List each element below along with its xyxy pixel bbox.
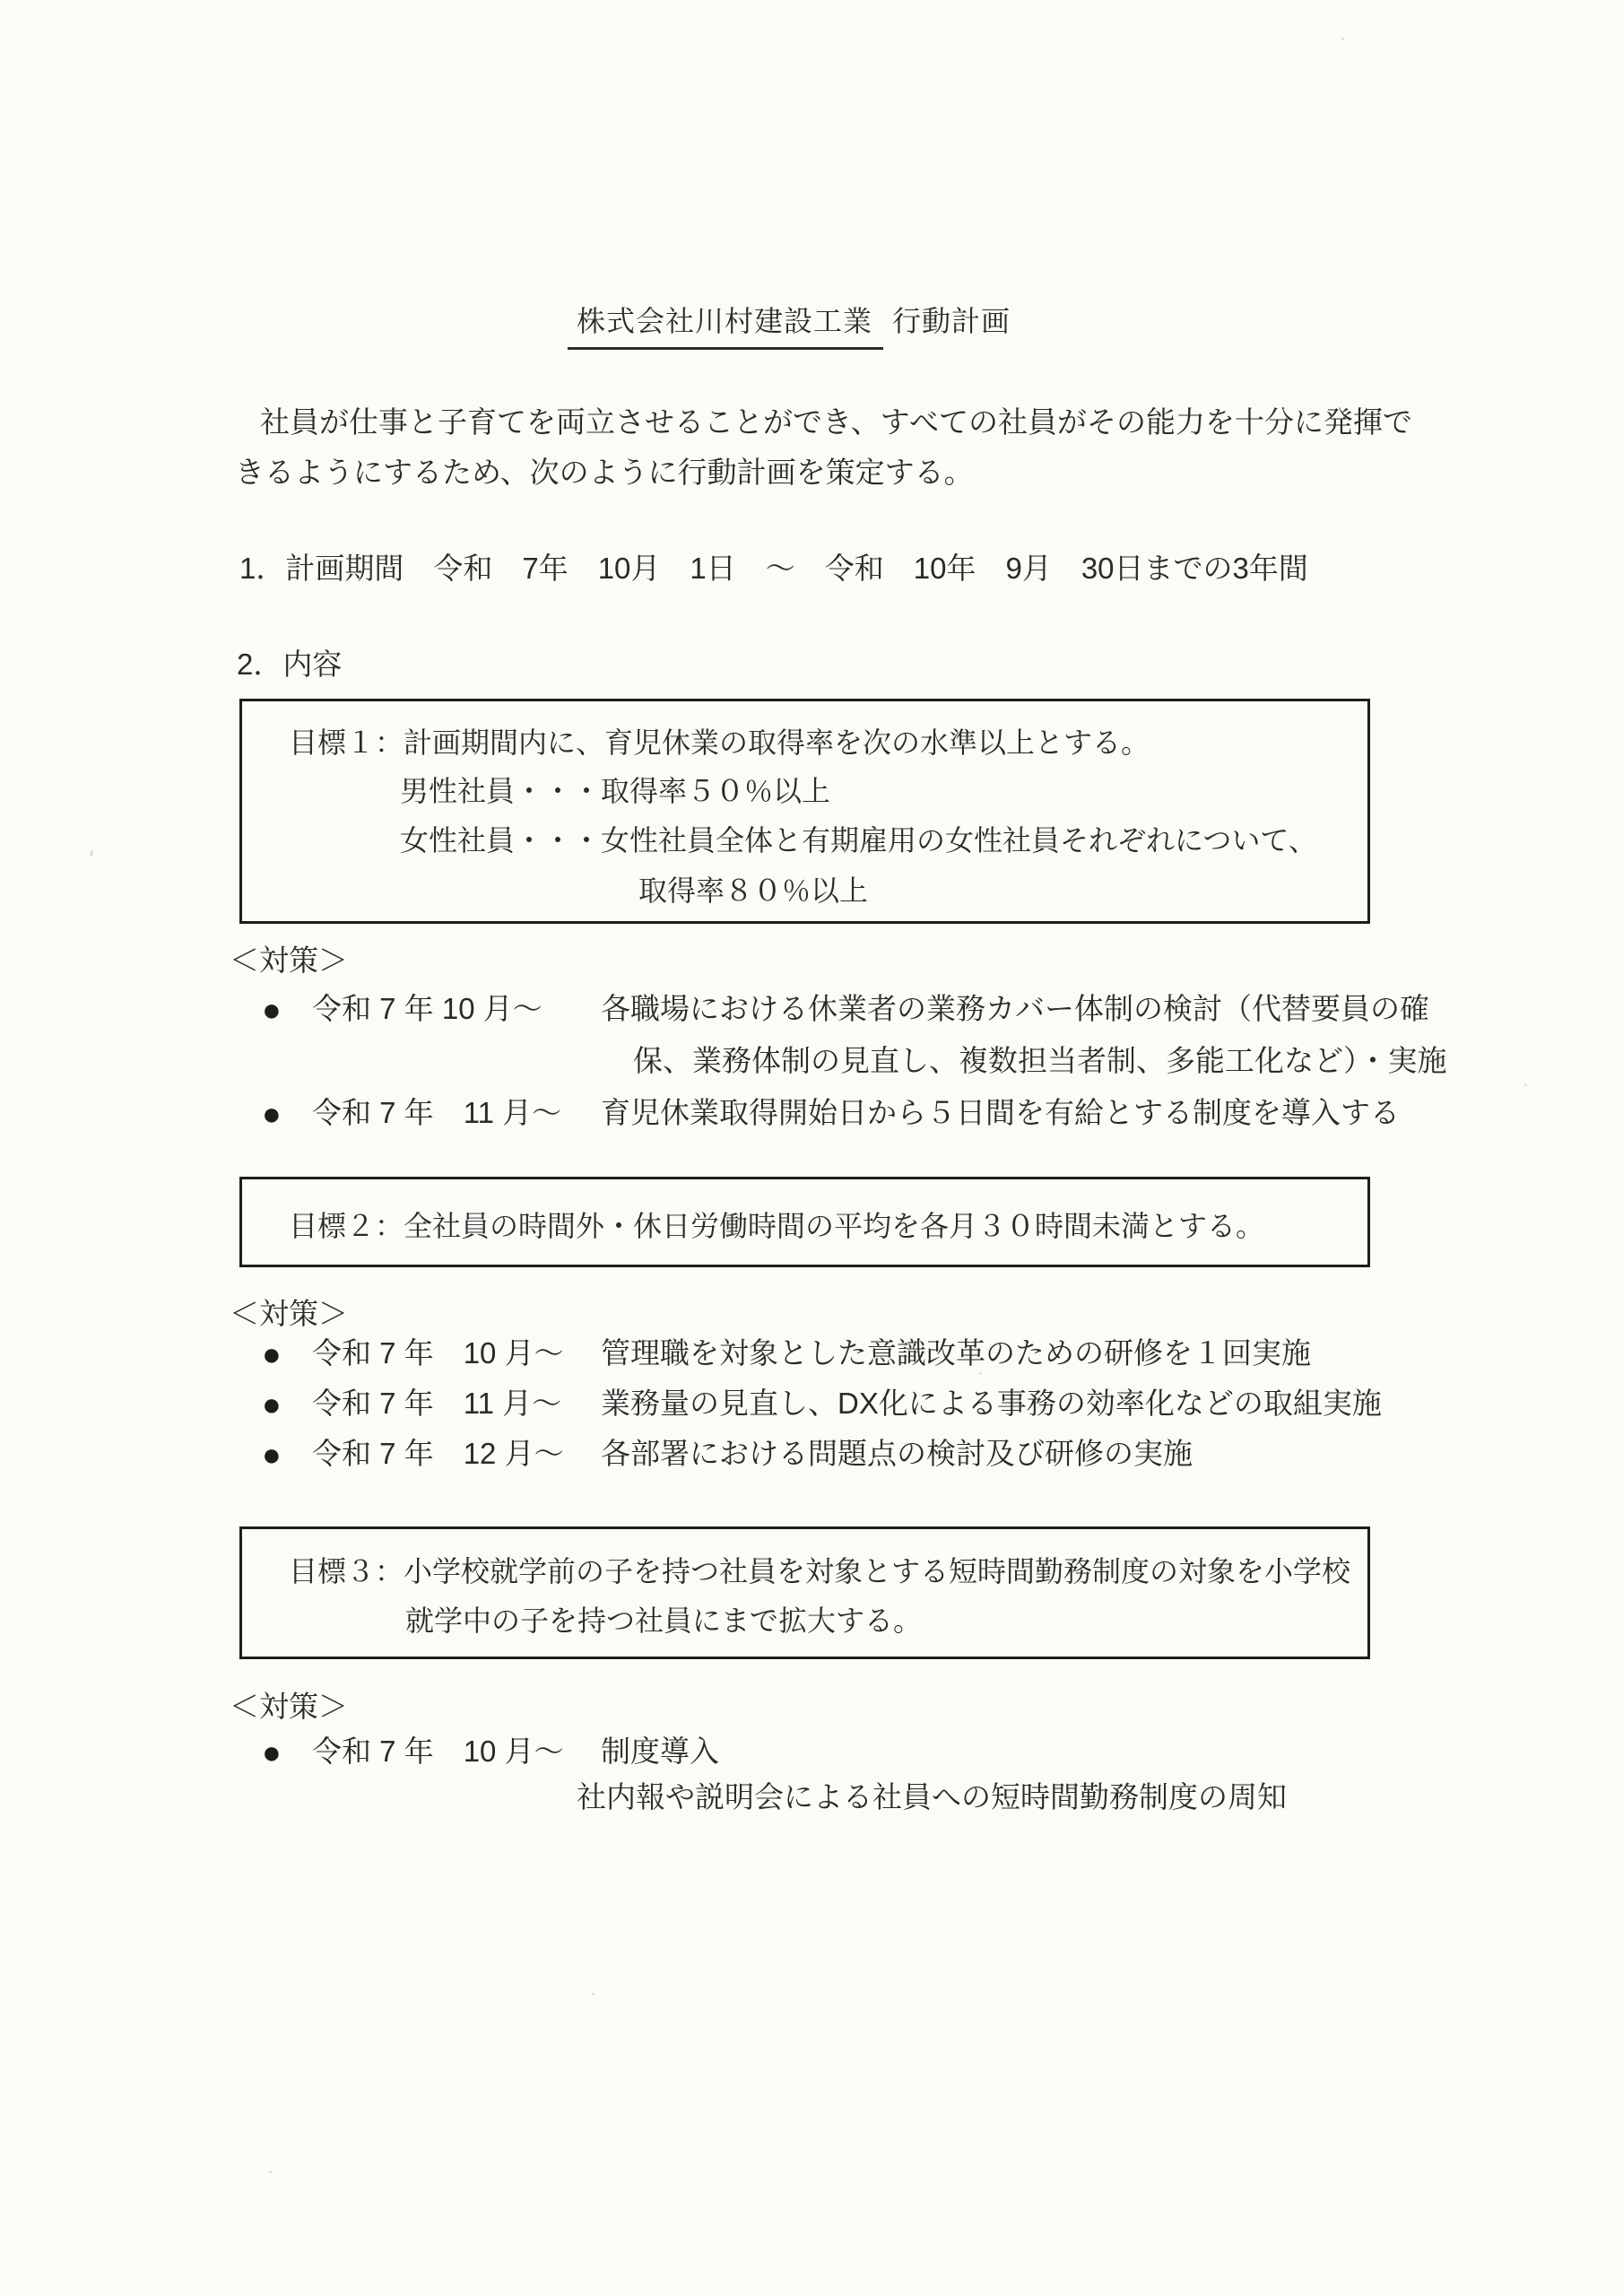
bullet-icon: ● <box>262 994 312 1026</box>
scan-speckle <box>592 1993 595 1996</box>
measures2-heading: ＜対策＞ <box>230 1297 348 1331</box>
goal3-line-1: 目標３：小学校就学前の子を持つ社員を対象とする短時間勤務制度の対象を小学校 <box>289 1555 1350 1588</box>
measures2-bullet-3: ●令和 7 年 12 月～各部署における問題点の検討及び研修の実施 <box>262 1437 1193 1471</box>
title-suffix: 行動計画 <box>892 305 1011 337</box>
measures1-bullet-2: ●令和 7 年 11 月～育児休業取得開始日から５日間を有給とする制度を導入する <box>262 1096 1400 1130</box>
intro-line-2: きるようにするため、次のように行動計画を策定する。 <box>235 456 974 490</box>
bullet-icon: ● <box>262 1439 312 1471</box>
bullet-icon: ● <box>262 1338 312 1370</box>
bullet-date: 令和 7 年 10 月～ <box>312 1735 601 1769</box>
measures1-bullet-1: ●令和 7 年 10 月～各職場における休業者の業務カバー体制の検討（代替要員の… <box>262 992 1429 1026</box>
bullet-date: 令和 7 年 11 月～ <box>312 1387 601 1421</box>
goal3-line-2: 就学中の子を持つ社員にまで拡大する。 <box>405 1605 922 1638</box>
scanned-document-page: 株式会社川村建設工業行動計画 社員が仕事と子育てを両立させることができ、すべての… <box>0 0 1623 2296</box>
scan-speckle <box>979 1372 982 1375</box>
goal1-line-1: 目標１：計画期間内に、育児休業の取得率を次の水準以上とする。 <box>289 726 1150 760</box>
bullet-date: 令和 7 年 12 月～ <box>312 1437 601 1471</box>
bullet-text: 制度導入 <box>601 1735 719 1769</box>
document-title: 株式会社川村建設工業行動計画 <box>568 299 1011 350</box>
bullet-icon: ● <box>262 1736 312 1769</box>
plan-period-line: 1．計画期間 令和 7年 10月 1日 ～ 令和 10年 9月 30日までの3年… <box>239 552 1308 586</box>
measures2-bullet-2: ●令和 7 年 11 月～業務量の見直し、DX化による事務の効率化などの取組実施 <box>262 1387 1382 1421</box>
bullet-icon: ● <box>262 1388 312 1421</box>
goal3-box <box>239 1526 1370 1659</box>
scan-speckle <box>90 850 93 857</box>
bullet-date: 令和 7 年 10 月～ <box>312 992 601 1026</box>
scan-speckle <box>1524 1083 1527 1086</box>
intro-line-1: 社員が仕事と子育てを両立させることができ、すべての社員がその能力を十分に発揮で <box>260 405 1412 439</box>
measures1-bullet-1-continued: 保、業務体制の見直し、複数担当者制、多能工化など）・実施 <box>633 1044 1447 1078</box>
goal1-line-3: 女性社員・・・女性社員全体と有期雇用の女性社員それぞれについて、 <box>400 824 1317 857</box>
bullet-text: 育児休業取得開始日から５日間を有給とする制度を導入する <box>601 1096 1400 1130</box>
bullet-icon: ● <box>262 1098 312 1130</box>
bullet-date: 令和 7 年 10 月～ <box>312 1336 601 1370</box>
goal1-line-4: 取得率８０％以上 <box>638 874 868 908</box>
company-name: 株式会社川村建設工業 <box>568 299 883 350</box>
bullet-text: 管理職を対象とした意識改革のための研修を１回実施 <box>601 1336 1311 1370</box>
bullet-text: 各部署における問題点の検討及び研修の実施 <box>601 1437 1193 1471</box>
goal2-line-1: 目標２：全社員の時間外・休日労働時間の平均を各月３０時間未満とする。 <box>289 1210 1264 1243</box>
goal1-line-2: 男性社員・・・取得率５０％以上 <box>400 775 830 808</box>
bullet-text: 業務量の見直し、DX化による事務の効率化などの取組実施 <box>601 1387 1382 1421</box>
measures3-heading: ＜対策＞ <box>230 1690 348 1724</box>
bullet-date: 令和 7 年 11 月～ <box>312 1096 601 1130</box>
scan-speckle <box>269 2170 272 2173</box>
measures1-heading: ＜対策＞ <box>230 944 348 978</box>
bullet-text: 各職場における休業者の業務カバー体制の検討（代替要員の確 <box>601 992 1429 1026</box>
scan-speckle <box>1341 38 1344 40</box>
contents-heading: 2．内容 <box>237 648 342 682</box>
measures2-bullet-1: ●令和 7 年 10 月～管理職を対象とした意識改革のための研修を１回実施 <box>262 1336 1311 1370</box>
measures3-bullet-1-continued: 社内報や説明会による社員への短時間勤務制度の周知 <box>577 1780 1287 1814</box>
measures3-bullet-1: ●令和 7 年 10 月～制度導入 <box>262 1735 719 1769</box>
